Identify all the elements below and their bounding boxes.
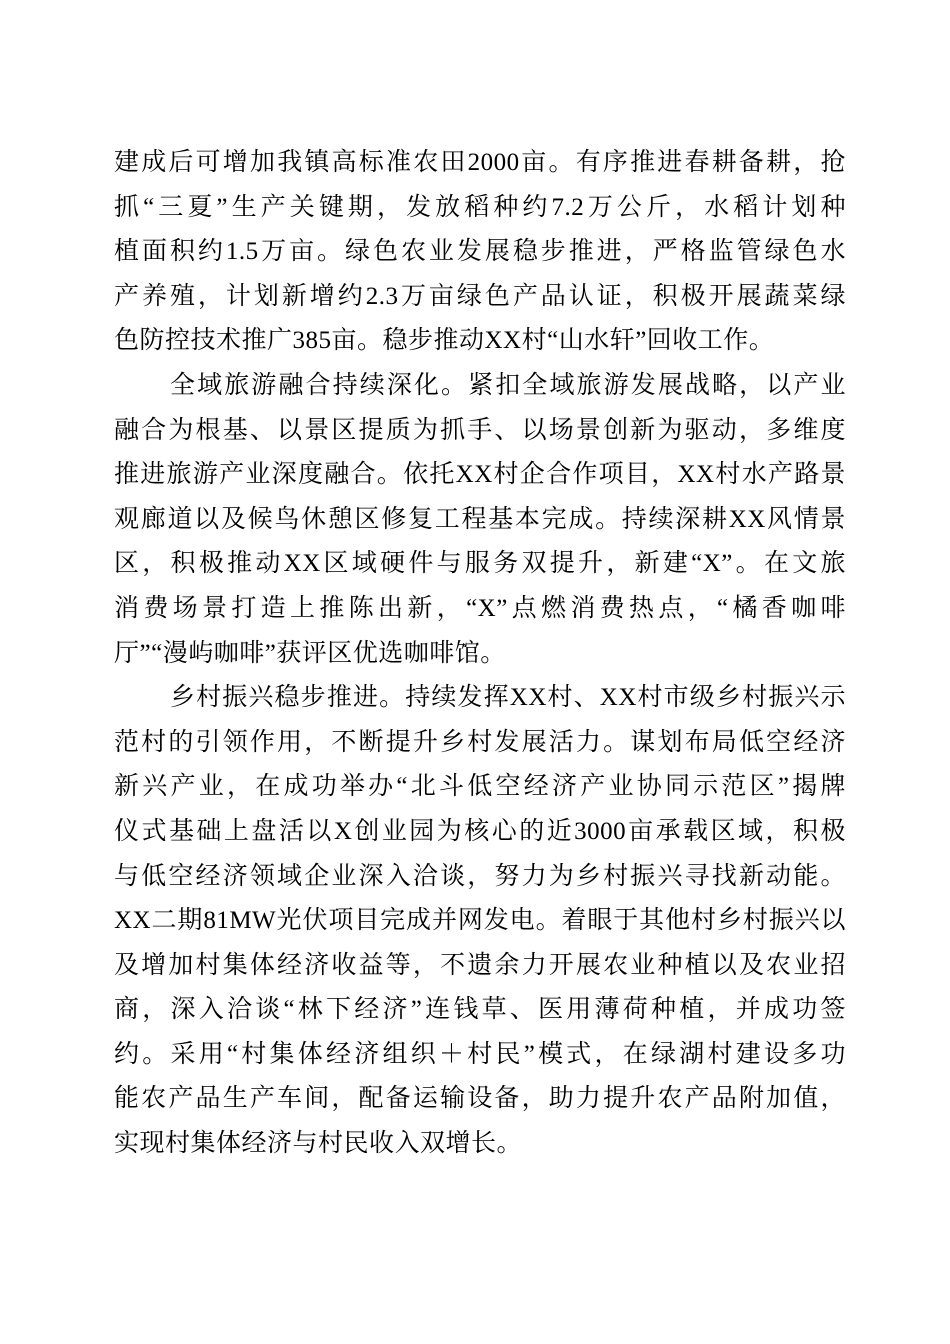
text-line: 消费场景打造上推陈出新，“X”点燃消费热点，“橘香咖啡 (114, 587, 846, 632)
text-line: 乡村振兴稳步推进。持续发挥XX村、XX村市级乡村振兴示 (114, 676, 846, 721)
text-line: 新兴产业，在成功举办“北斗低空经济产业协同示范区”揭牌 (114, 765, 846, 810)
text-line: XX二期81MW光伏项目完成并网发电。着眼于其他村乡村振兴以 (114, 899, 846, 944)
text-line: 约。采用“村集体经济组织＋村民”模式，在绿湖村建设多功 (114, 1033, 846, 1078)
text-line: 产养殖，计划新增约2.3万亩绿色产品认证，积极开展蔬菜绿 (114, 275, 846, 320)
text-line: 推进旅游产业深度融合。依托XX村企合作项目，XX村水产路景 (114, 453, 846, 498)
text-line: 观廊道以及候鸟休憩区修复工程基本完成。持续深耕XX风情景 (114, 498, 846, 543)
text-line: 全域旅游融合持续深化。紧扣全域旅游发展战略，以产业 (114, 364, 846, 409)
text-line: 能农产品生产车间，配备运输设备，助力提升农产品附加值， (114, 1077, 846, 1122)
text-block: 建成后可增加我镇高标准农田2000亩。有序推进春耕备耕，抢抓“三夏”生产关键期，… (114, 141, 846, 1167)
text-line: 融合为根基、以景区提质为抓手、以场景创新为驱动，多维度 (114, 409, 846, 454)
paragraph-tourism-integration: 全域旅游融合持续深化。紧扣全域旅游发展战略，以产业融合为根基、以景区提质为抓手、… (114, 364, 846, 676)
text-line: 建成后可增加我镇高标准农田2000亩。有序推进春耕备耕，抢 (114, 141, 846, 186)
paragraph-rural-revitalization: 乡村振兴稳步推进。持续发挥XX村、XX村市级乡村振兴示范村的引领作用，不断提升乡… (114, 676, 846, 1167)
text-line: 区，积极推动XX区域硬件与服务双提升，新建“X”。在文旅 (114, 542, 846, 587)
text-line: 色防控技术推广385亩。稳步推动XX村“山水轩”回收工作。 (114, 319, 846, 364)
text-line: 范村的引领作用，不断提升乡村发展活力。谋划布局低空经济 (114, 721, 846, 766)
text-line: 实现村集体经济与村民收入双增长。 (114, 1122, 846, 1167)
text-line: 厅”“漫屿咖啡”获评区优选咖啡馆。 (114, 632, 846, 677)
text-line: 抓“三夏”生产关键期，发放稻种约7.2万公斤，水稻计划种 (114, 186, 846, 231)
text-line: 与低空经济领域企业深入洽谈，努力为乡村振兴寻找新动能。 (114, 855, 846, 900)
paragraph-green-agriculture: 建成后可增加我镇高标准农田2000亩。有序推进春耕备耕，抢抓“三夏”生产关键期，… (114, 141, 846, 364)
text-line: 植面积约1.5万亩。绿色农业发展稳步推进，严格监管绿色水 (114, 230, 846, 275)
document-page: 建成后可增加我镇高标准农田2000亩。有序推进春耕备耕，抢抓“三夏”生产关键期，… (0, 0, 950, 1344)
text-line: 仪式基础上盘活以X创业园为核心的近3000亩承载区域，积极 (114, 810, 846, 855)
text-line: 商，深入洽谈“林下经济”连钱草、医用薄荷种植，并成功签 (114, 988, 846, 1033)
text-line: 及增加村集体经济收益等，不遗余力开展农业种植以及农业招 (114, 944, 846, 989)
